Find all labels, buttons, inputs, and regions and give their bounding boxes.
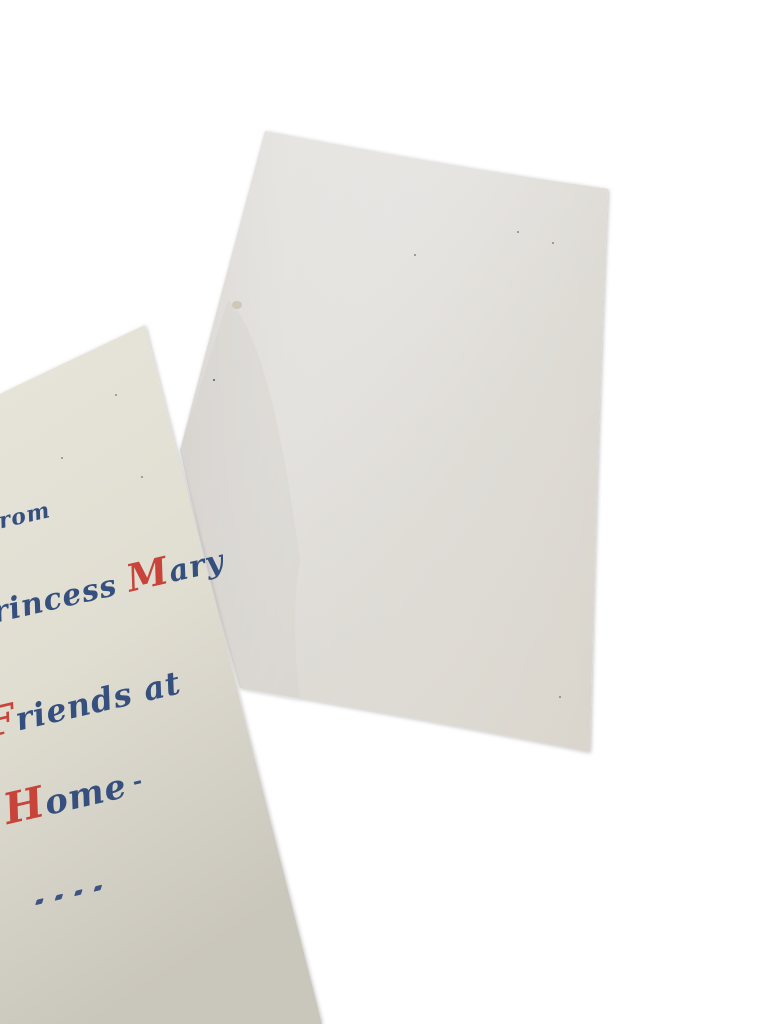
stain-mark [232,301,242,309]
photo-scene: From Princess Mary Friends at Home [0,0,768,1024]
cards-illustration [0,0,768,1024]
back-card [180,131,608,752]
